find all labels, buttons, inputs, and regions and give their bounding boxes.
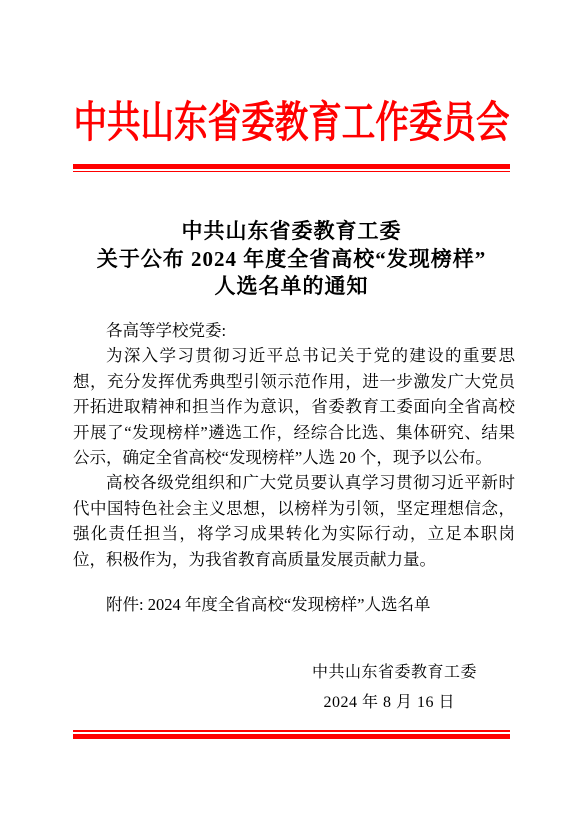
footer-divider-thick-line <box>73 734 510 739</box>
letterhead-title: 中共山东省委教育工作委员会 <box>0 100 583 148</box>
footer-divider-thin-line <box>73 730 510 732</box>
salutation: 各高等学校党委: <box>73 318 515 343</box>
paragraph-1: 为深入学习贯彻习近平总书记关于党的建设的重要思想，充分发挥优秀典型引领示范作用，… <box>73 343 515 470</box>
signature: 中共山东省委教育工委 <box>312 659 477 682</box>
document-title-line-2: 关于公布 2024 年度全省高校“发现榜样” <box>0 246 583 274</box>
document-title-line-3: 人选名单的通知 <box>0 273 583 301</box>
attachment-line: 附件: 2024 年度全省高校“发现榜样”人选名单 <box>73 592 515 617</box>
paragraph-2: 高校各级党组织和广大党员要认真学习贯彻习近平新时代中国特色社会主义思想，以榜样为… <box>73 470 515 572</box>
document-body: 各高等学校党委: 为深入学习贯彻习近平总书记关于党的建设的重要思想，充分发挥优秀… <box>73 318 515 617</box>
header-divider <box>73 164 510 172</box>
letterhead-title-text: 中共山东省委教育工作委员会 <box>73 100 509 148</box>
document-title-line-1: 中共山东省委教育工委 <box>0 218 583 246</box>
footer-divider <box>73 730 510 739</box>
header-divider-thin-line <box>73 171 510 173</box>
header-divider-thick-line <box>73 164 510 169</box>
document-title: 中共山东省委教育工委 关于公布 2024 年度全省高校“发现榜样” 人选名单的通… <box>0 218 583 301</box>
document-page: 中共山东省委教育工作委员会 中共山东省委教育工委 关于公布 2024 年度全省高… <box>0 0 583 818</box>
date-line: 2024 年 8 月 16 日 <box>323 689 455 712</box>
